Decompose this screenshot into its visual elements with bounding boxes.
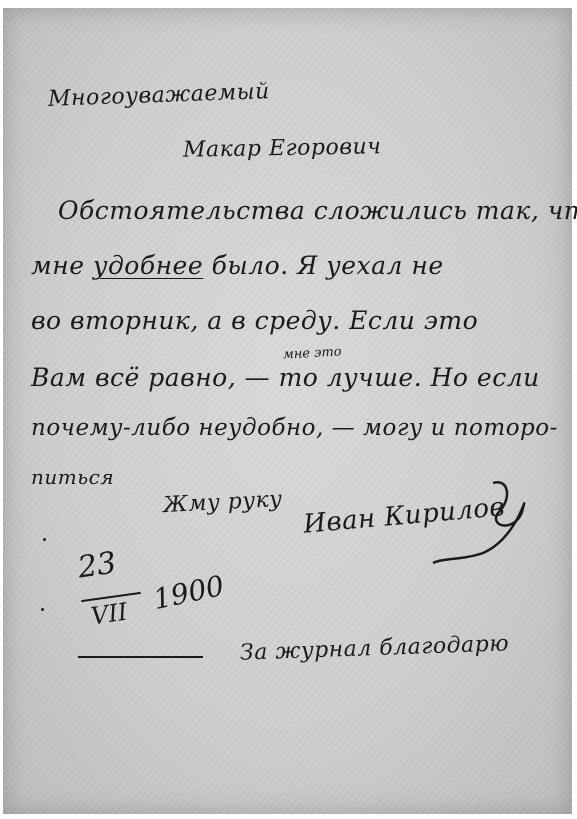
ink-speck [43,538,46,541]
body-line-1: Обстоятельства сложились так, что [58,196,577,225]
salutation-line-1: Многоуважаемый [48,79,271,112]
salutation-line-2: Макар Егорович [183,134,382,162]
body-line-2-text: мне удобнее было. Я уехал не [31,251,444,280]
date-year: 1900 [150,569,227,616]
postscript: За журнал благодарю [240,631,510,665]
letter-paper: Многоуважаемый Макар Егорович Обстоятель… [3,8,572,814]
body-line-2: мне удобнее было. Я уехал не [31,251,444,280]
body-line-5: почему-либо неудобно, — могу и поторо- [31,415,558,441]
scan-page: Многоуважаемый Макар Егорович Обстоятель… [0,0,577,819]
closing-phrase: Жму руку [162,487,283,518]
body-line-4: Вам всё равно, — то лучше. Но если [31,363,540,392]
date-underline [78,656,203,658]
ink-speck [41,608,44,611]
date-day: 23 [76,546,119,586]
underlined-word: удобнее [93,251,203,280]
signature-flourish-icon [423,478,533,568]
interlinear-insertion: мне это [283,344,342,362]
body-line-6: питься [31,465,114,489]
body-line-3: во вторник, а в среду. Если это [31,306,478,335]
date-month: VII [89,598,129,631]
